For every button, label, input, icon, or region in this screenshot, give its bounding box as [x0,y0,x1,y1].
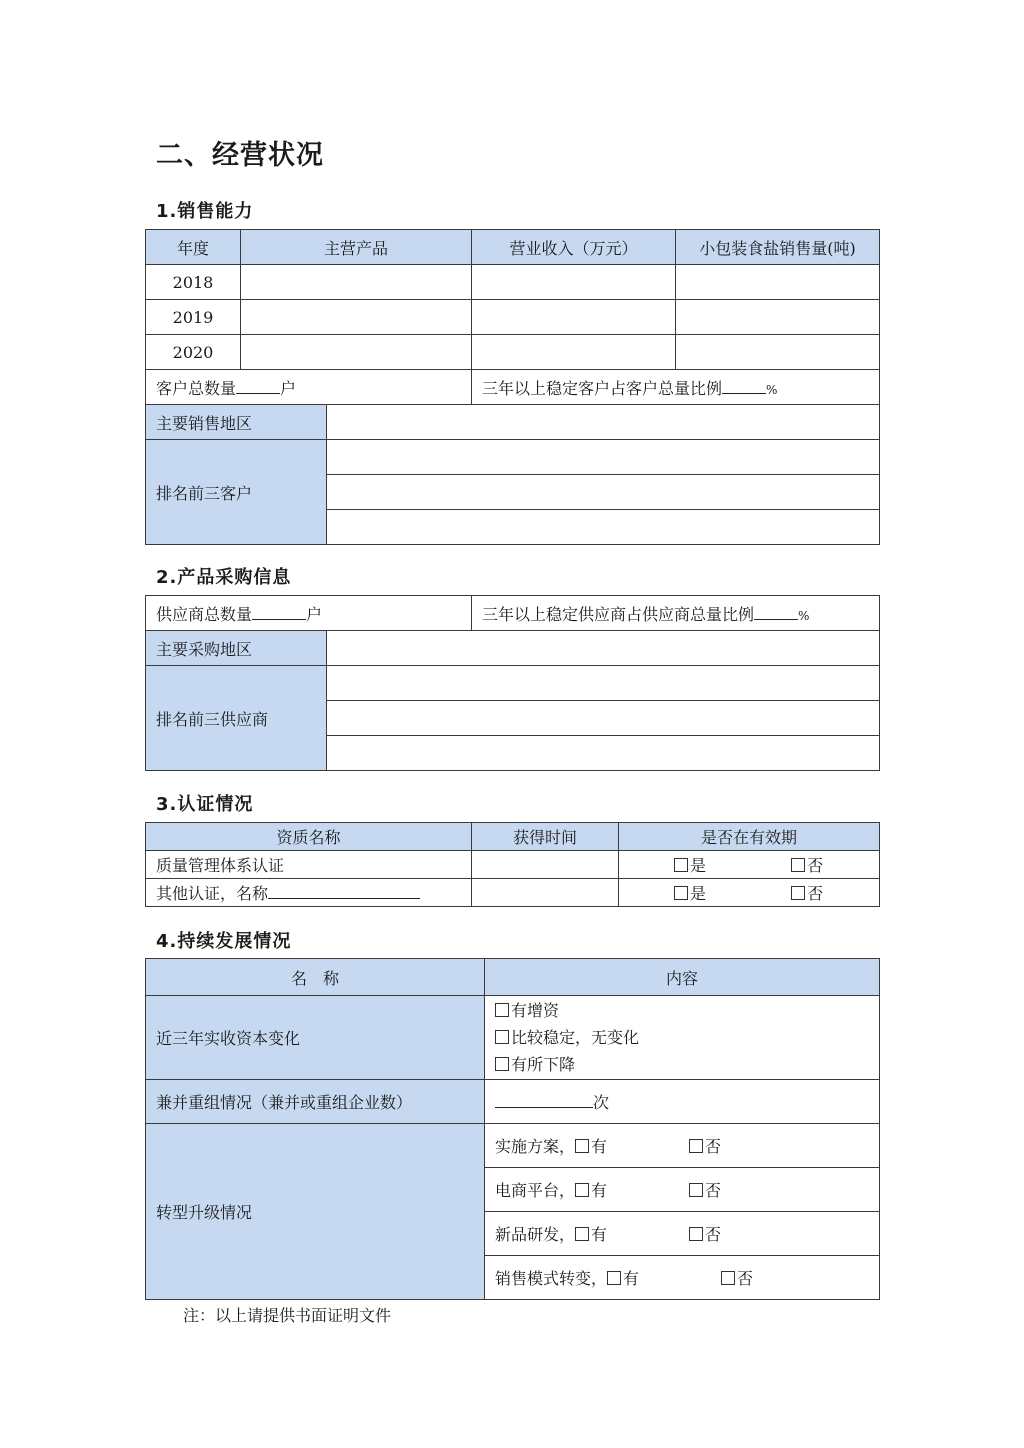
valid-yes-label: 是 [690,856,706,875]
main-purchase-region-field[interactable] [327,631,880,666]
volume-field[interactable] [676,265,880,300]
customer-count-cell: 客户总数量户 [146,370,472,405]
table-row: 2018 [146,265,880,300]
top-customer-field-2[interactable] [327,475,880,510]
merger-label: 兼并重组情况（兼并或重组企业数） [146,1080,485,1124]
yes-label: 有 [591,1137,607,1156]
checkbox-icon[interactable] [575,1227,589,1241]
header-cert-valid: 是否在有效期 [619,823,880,851]
no-label: 否 [737,1269,753,1288]
year-cell: 2018 [146,265,241,300]
checkbox-icon[interactable] [689,1227,703,1241]
main-sales-region-label: 主要销售地区 [146,405,327,440]
no-option[interactable]: 否 [689,1181,721,1200]
item-label: 实施方案， [495,1137,575,1156]
customer-count-field[interactable] [236,379,280,394]
yes-label: 有 [591,1181,607,1200]
revenue-field[interactable] [472,300,676,335]
section-title-purchase: 2.产品采购信息 [156,563,291,589]
top-customer-field-1[interactable] [327,440,880,475]
product-field[interactable] [241,335,472,370]
capital-option[interactable]: 比较稳定，无变化 [495,1024,869,1051]
cert-other-label: 其他认证，名称 [156,884,268,903]
transformation-item: 电商平台，有否 [485,1168,880,1212]
top-customer-field-3[interactable] [327,510,880,545]
cert-other-name-field[interactable] [268,884,420,899]
yes-option[interactable]: 有 [575,1181,607,1200]
section-title-sales: 1.销售能力 [156,197,253,223]
year-cell: 2019 [146,300,241,335]
no-option[interactable]: 否 [689,1225,721,1244]
supplier-count-field[interactable] [252,605,306,620]
yes-option[interactable]: 有 [575,1225,607,1244]
checkbox-icon[interactable] [791,858,805,872]
product-field[interactable] [241,265,472,300]
header-volume: 小包装食盐销售量(吨) [676,230,880,265]
item-label: 新品研发， [495,1225,575,1244]
checkbox-icon[interactable] [575,1183,589,1197]
cert-valid-cell: 是 否 [619,879,880,907]
main-purchase-region-label: 主要采购地区 [146,631,327,666]
item-label: 销售模式转变， [495,1269,607,1288]
stable-customer-field[interactable] [722,379,766,394]
option-label: 有所下降 [511,1055,575,1074]
revenue-field[interactable] [472,265,676,300]
checkbox-icon[interactable] [791,886,805,900]
table-row: 2019 [146,300,880,335]
valid-yes-label: 是 [690,884,706,903]
valid-yes-option[interactable]: 是 [674,856,706,875]
valid-no-label: 否 [807,856,823,875]
stable-customer-unit: % [766,383,777,397]
option-label: 有增资 [511,1001,559,1020]
supplier-count-unit: 户 [306,605,322,624]
transformation-label: 转型升级情况 [146,1124,485,1300]
stable-supplier-cell: 三年以上稳定供应商占供应商总量比例% [472,596,880,631]
header-cert-name: 资质名称 [146,823,472,851]
page-title: 二、经营状况 [156,133,324,172]
stable-customer-cell: 三年以上稳定客户占客户总量比例% [472,370,880,405]
yes-option[interactable]: 有 [607,1269,639,1288]
valid-yes-option[interactable]: 是 [674,884,706,903]
capital-change-label: 近三年实收资本变化 [146,996,485,1080]
stable-supplier-unit: % [798,609,809,623]
valid-no-label: 否 [807,884,823,903]
merger-unit: 次 [593,1093,609,1112]
merger-count-field[interactable] [495,1093,593,1108]
top-supplier-field-1[interactable] [327,666,880,701]
top3-suppliers-label: 排名前三供应商 [146,666,327,771]
table-row: 2020 [146,335,880,370]
section-title-certification: 3.认证情况 [156,790,253,816]
cert-name-cell: 质量管理体系认证 [146,851,472,879]
volume-field[interactable] [676,300,880,335]
stable-supplier-field[interactable] [754,605,798,620]
main-sales-region-field[interactable] [327,405,880,440]
header-product: 主营产品 [241,230,472,265]
revenue-field[interactable] [472,335,676,370]
capital-option[interactable]: 有所下降 [495,1051,869,1078]
top-supplier-field-3[interactable] [327,736,880,771]
cert-time-field[interactable] [472,851,619,879]
transformation-item: 销售模式转变，有否 [485,1256,880,1300]
customer-count-unit: 户 [280,379,296,398]
section-title-development: 4.持续发展情况 [156,927,291,953]
product-field[interactable] [241,300,472,335]
capital-option[interactable]: 有增资 [495,997,869,1024]
valid-no-option[interactable]: 否 [791,884,823,903]
year-cell: 2020 [146,335,241,370]
footnote: 注：以上请提供书面证明文件 [183,1303,391,1326]
table-row: 质量管理体系认证 是 否 [146,851,880,879]
header-dev-name: 名 称 [146,959,485,996]
cert-valid-cell: 是 否 [619,851,880,879]
transformation-item: 新品研发，有否 [485,1212,880,1256]
supplier-count-label: 供应商总数量 [156,605,252,624]
certification-table: 资质名称 获得时间 是否在有效期 质量管理体系认证 是 否 其他认证，名称 是 … [145,822,880,907]
cert-name-cell: 其他认证，名称 [146,879,472,907]
no-label: 否 [705,1181,721,1200]
top-supplier-field-2[interactable] [327,701,880,736]
table-row: 其他认证，名称 是 否 [146,879,880,907]
checkbox-icon[interactable] [674,886,688,900]
checkbox-icon[interactable] [495,1003,509,1017]
yes-label: 有 [591,1225,607,1244]
cert-time-field[interactable] [472,879,619,907]
no-option[interactable]: 否 [721,1269,753,1288]
checkbox-icon[interactable] [495,1057,509,1071]
checkbox-icon[interactable] [689,1183,703,1197]
stable-supplier-label: 三年以上稳定供应商占供应商总量比例 [482,605,754,624]
supplier-count-cell: 供应商总数量户 [146,596,472,631]
checkbox-icon[interactable] [674,858,688,872]
header-cert-time: 获得时间 [472,823,619,851]
capital-change-options: 有增资 比较稳定，无变化 有所下降 [485,996,880,1080]
volume-field[interactable] [676,335,880,370]
purchase-table: 供应商总数量户 三年以上稳定供应商占供应商总量比例% 主要采购地区 排名前三供应… [145,595,880,771]
header-revenue: 营业收入（万元） [472,230,676,265]
customer-count-label: 客户总数量 [156,379,236,398]
merger-cell: 次 [485,1080,880,1124]
sales-table: 年度 主营产品 营业收入（万元） 小包装食盐销售量(吨) 2018 2019 2… [145,229,880,545]
yes-option[interactable]: 有 [575,1137,607,1156]
stable-customer-label: 三年以上稳定客户占客户总量比例 [482,379,722,398]
header-year: 年度 [146,230,241,265]
transformation-item: 实施方案，有否 [485,1124,880,1168]
item-label: 电商平台， [495,1181,575,1200]
checkbox-icon[interactable] [607,1271,621,1285]
header-dev-content: 内容 [485,959,880,996]
checkbox-icon[interactable] [495,1030,509,1044]
checkbox-icon[interactable] [575,1139,589,1153]
checkbox-icon[interactable] [689,1139,703,1153]
valid-no-option[interactable]: 否 [791,856,823,875]
no-label: 否 [705,1137,721,1156]
option-label: 比较稳定，无变化 [511,1028,639,1047]
no-option[interactable]: 否 [689,1137,721,1156]
development-table: 名 称 内容 近三年实收资本变化 有增资 比较稳定，无变化 有所下降 兼并重组情… [145,958,880,1300]
yes-label: 有 [623,1269,639,1288]
checkbox-icon[interactable] [721,1271,735,1285]
top3-customers-label: 排名前三客户 [146,440,327,545]
no-label: 否 [705,1225,721,1244]
